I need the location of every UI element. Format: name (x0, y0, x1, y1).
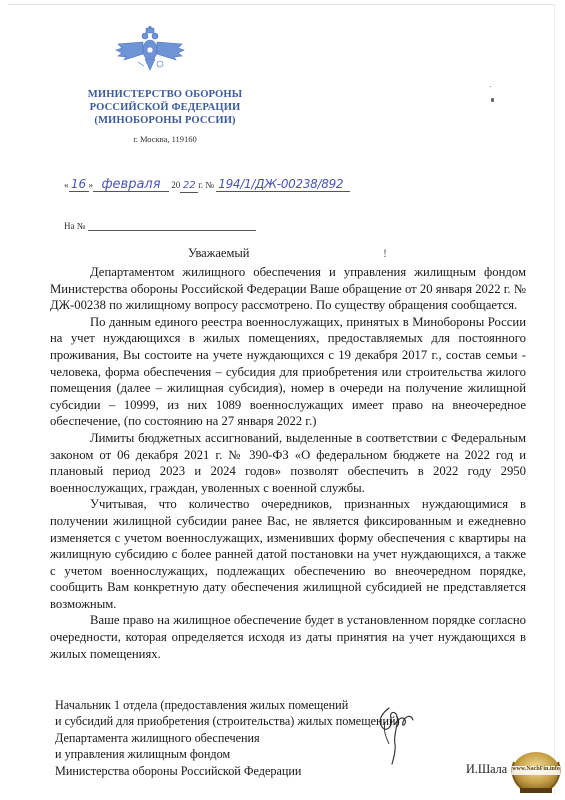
paragraph-1: Департаментом жилищного обеспечения и уп… (50, 264, 526, 314)
letter-page: МИНИСТЕРСТВО ОБОРОНЫ РОССИЙСКОЙ ФЕДЕРАЦИ… (0, 0, 565, 800)
outgoing-date-number: «16»февраля 2022г. № 194/1/ДЖ-00238/892 (64, 178, 350, 193)
reference-line: На № (64, 221, 256, 231)
paragraph-2: По данным единого реестра военнослужащих… (50, 314, 526, 430)
handwritten-reg-number: 194/1/ДЖ-00238/892 (216, 178, 350, 192)
handwritten-day: 16 (69, 178, 89, 192)
watermark-badge: www.NachFin.info (508, 748, 564, 798)
city-address: г. Москва, 119160 (68, 134, 262, 144)
ministry-name: МИНИСТЕРСТВО ОБОРОНЫ РОССИЙСКОЙ ФЕДЕРАЦИ… (68, 88, 262, 127)
handwritten-signature-icon (375, 704, 415, 766)
handwritten-month: февраля (93, 178, 169, 192)
paragraph-3: Лимиты бюджетных ассигнований, выделенны… (50, 430, 526, 496)
salutation-exclamation: ! (383, 246, 387, 261)
reference-label: На № (64, 221, 85, 231)
laurel-badge-icon (508, 748, 564, 798)
double-headed-eagle-emblem-icon (114, 26, 186, 78)
ministry-line-3: (МИНОБОРОНЫ РОССИИ) (68, 114, 262, 127)
ministry-line-2: РОССИЙСКОЙ ФЕДЕРАЦИИ (68, 101, 262, 114)
year-prefix: 20 (171, 180, 180, 190)
paragraph-4: Учитывая, что количество очередников, пр… (50, 496, 526, 612)
ministry-line-1: МИНИСТЕРСТВО ОБОРОНЫ (68, 88, 262, 101)
handwritten-year: 22 (180, 179, 198, 193)
watermark-text: www.NachFin.info (508, 766, 564, 772)
salutation: Уважаемый (188, 246, 249, 261)
year-label: г. № (198, 180, 214, 190)
scan-speck (491, 98, 494, 102)
letter-body: Департаментом жилищного обеспечения и уп… (50, 264, 526, 662)
signer-name: И.Шала (466, 762, 507, 777)
scan-speck (490, 86, 491, 87)
paragraph-5: Ваше право на жилищное обеспечение будет… (50, 612, 526, 662)
reference-blank (88, 221, 256, 231)
